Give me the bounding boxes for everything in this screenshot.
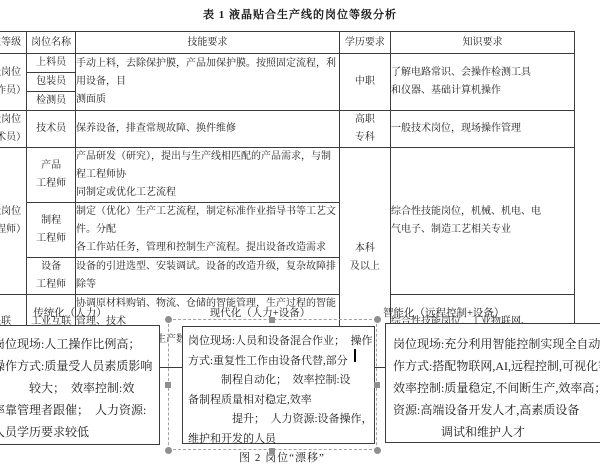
resize-handle-s[interactable] [269, 448, 275, 454]
skill-cell: 制定（优化）生产工艺流程，制定标准作业指导书等工艺文件。分配 各工作站任务，管理… [76, 203, 340, 258]
resize-handle-w[interactable] [165, 382, 171, 388]
resize-handle-nw[interactable] [165, 316, 172, 323]
grade-cell: 高级岗位 （工程师） [0, 148, 27, 295]
table-header-row: 岗位等级 岗位名称 技能要求 学历要求 知识要求 [0, 32, 575, 54]
position-cell: 上料员 [27, 54, 76, 73]
table-row: 中级岗位 （技术员） 技术员 保养设备，排查常规故障、换件维修 高职 专科 一般… [0, 111, 575, 148]
position-cell: 技术员 [27, 111, 76, 148]
skill-cell: 设备的引进选型、安装调试。设备的改造升级，复杂故障排除等 [76, 258, 340, 295]
stage-title-modern: 现代化（人力+设备） [165, 305, 355, 320]
skill-cell: 保养设备，排查常规故障、换件维修 [76, 111, 340, 148]
header-education: 学历要求 [339, 32, 390, 54]
resize-handle-se[interactable] [374, 447, 381, 454]
textbox-line: 率靠管理者跟催； 人力资源: [0, 399, 159, 421]
text-cursor [354, 349, 356, 362]
knowledge-cell: 一般技术岗位，现场操作管理 [391, 111, 575, 148]
header-name: 岗位名称 [27, 32, 76, 54]
textbox-line: 资源:高端设备开发人才,高素质设备 [393, 399, 600, 421]
position-cell: 检测员 [27, 92, 76, 111]
figure-caption: 图 2 岗位“漂移” [162, 449, 402, 465]
textbox-smart[interactable]: 岗位现场:充分利用智能控制实现全自动化；操 作方式:搭配物联网,AI,远程控制,… [385, 323, 600, 443]
textbox-line: 岗位现场:人工操作比例高； [0, 333, 159, 355]
knowledge-cell: 了解电路常识、会操作检测工具 和仪器、基础计算机操作 [391, 54, 575, 111]
stage-title-traditional: 传统化（人力） [0, 305, 160, 320]
textbox-line: 操作方式:质量受人员素质影响 [0, 355, 159, 377]
education-cell: 中职 [339, 54, 390, 111]
knowledge-cell: 综合性技能岗位，机械、机电、电 气电子、制造工艺相关专业 [391, 148, 575, 295]
skill-cell: 手动上料，去除保护膜，产品加保护膜。按照固定流程，利用设备，目 测面质 [76, 54, 340, 111]
header-grade: 岗位等级 [0, 32, 27, 54]
grade-cell: 中级岗位 （技术员） [0, 111, 27, 148]
textbox-line: 岗位现场:充分利用智能控制实现全自动化；操 [393, 333, 600, 355]
resize-handle-sw[interactable] [165, 447, 172, 454]
header-knowledge: 知识要求 [391, 32, 575, 54]
position-cell: 包装员 [27, 73, 76, 92]
table-row: 初级岗位 （操作员） 上料员 手动上料，去除保护膜，产品加保护膜。按照固定流程，… [0, 54, 575, 73]
table-caption: 表 1 液晶贴合生产线的岗位等级分析 [0, 6, 600, 22]
resize-handle-n[interactable] [269, 317, 275, 323]
resize-handle-e[interactable] [374, 382, 380, 388]
position-cell: 产品 工程师 [27, 148, 76, 203]
textbox-line: 较大； 效率控制:效 [0, 377, 159, 399]
textbox-line: 调试和维护人才 [393, 421, 600, 443]
textbox-traditional[interactable]: 岗位现场:人工操作比例高； 操作方式:质量受人员素质影响 较大； 效率控制:效 … [0, 325, 160, 445]
textbox-line: 效率控制:质量稳定,不间断生产,效率高； 人力 [393, 377, 600, 399]
header-skill: 技能要求 [76, 32, 340, 54]
document-page: 表 1 液晶贴合生产线的岗位等级分析 岗位等级 岗位名称 技能要求 学历要求 知… [0, 0, 600, 467]
textbox-selection-frame [168, 319, 377, 450]
skill-cell: 产品研发（研究），提出与生产线相匹配的产品需求，与制程工程师协 同制定或优化工艺… [76, 148, 340, 203]
position-cell: 设备 工程师 [27, 258, 76, 295]
stage-title-smart: 智能化（远程控制+设备） [383, 305, 504, 320]
position-cell: 制程 工程师 [27, 203, 76, 258]
education-cell: 高职 专科 [339, 111, 390, 148]
textbox-line: 作方式:搭配物联网,AI,远程控制,可视化等； [393, 355, 600, 377]
resize-handle-ne[interactable] [374, 316, 381, 323]
textbox-line: 人员学历要求较低 [0, 421, 159, 443]
table-row: 高级岗位 （工程师） 产品 工程师 产品研发（研究），提出与生产线相匹配的产品需… [0, 148, 575, 203]
grade-cell: 初级岗位 （操作员） [0, 54, 27, 111]
